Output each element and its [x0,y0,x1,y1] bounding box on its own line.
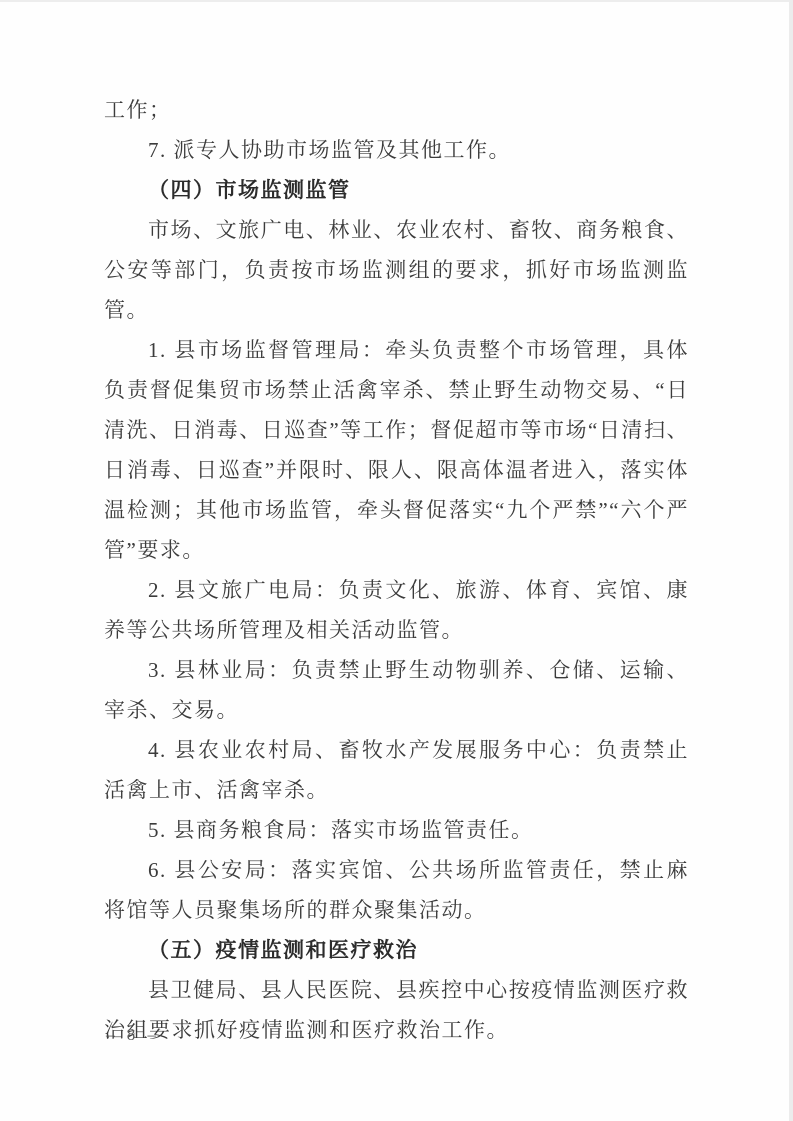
paragraph: 5. 县商务粮食局：落实市场监管责任。 [104,810,689,850]
document-page: 工作；7. 派专人协助市场监管及其他工作。（四）市场监测监管市场、文旅广电、林业… [0,0,793,1121]
paragraph: 2. 县文旅广电局：负责文化、旅游、体育、宾馆、康养等公共场所管理及相关活动监管… [104,570,689,650]
scan-edge-top [0,0,793,2]
paragraph: 4. 县农业农村局、畜牧水产发展服务中心：负责禁止活禽上市、活禽宰杀。 [104,730,689,810]
paragraph: 6. 县公安局：落实宾馆、公共场所监管责任，禁止麻将馆等人员聚集场所的群众聚集活… [104,850,689,930]
paragraph: 市场、文旅广电、林业、农业农村、畜牧、商务粮食、公安等部门，负责按市场监测组的要… [104,210,689,330]
section-heading: （五）疫情监测和医疗救治 [104,930,689,970]
page-number: – 8 – [106,1024,160,1046]
scan-edge-right [789,0,793,1121]
paragraph: 工作； [104,90,689,130]
paragraph: 3. 县林业局：负责禁止野生动物驯养、仓储、运输、宰杀、交易。 [104,650,689,730]
paragraph: 7. 派专人协助市场监管及其他工作。 [104,130,689,170]
paragraph: 1. 县市场监督管理局：牵头负责整个市场管理，具体负责督促集贸市场禁止活禽宰杀、… [104,330,689,570]
paragraph: 县卫健局、县人民医院、县疾控中心按疫情监测医疗救治组要求抓好疫情监测和医疗救治工… [104,970,689,1050]
document-body: 工作；7. 派专人协助市场监管及其他工作。（四）市场监测监管市场、文旅广电、林业… [104,90,689,1050]
section-heading: （四）市场监测监管 [104,170,689,210]
